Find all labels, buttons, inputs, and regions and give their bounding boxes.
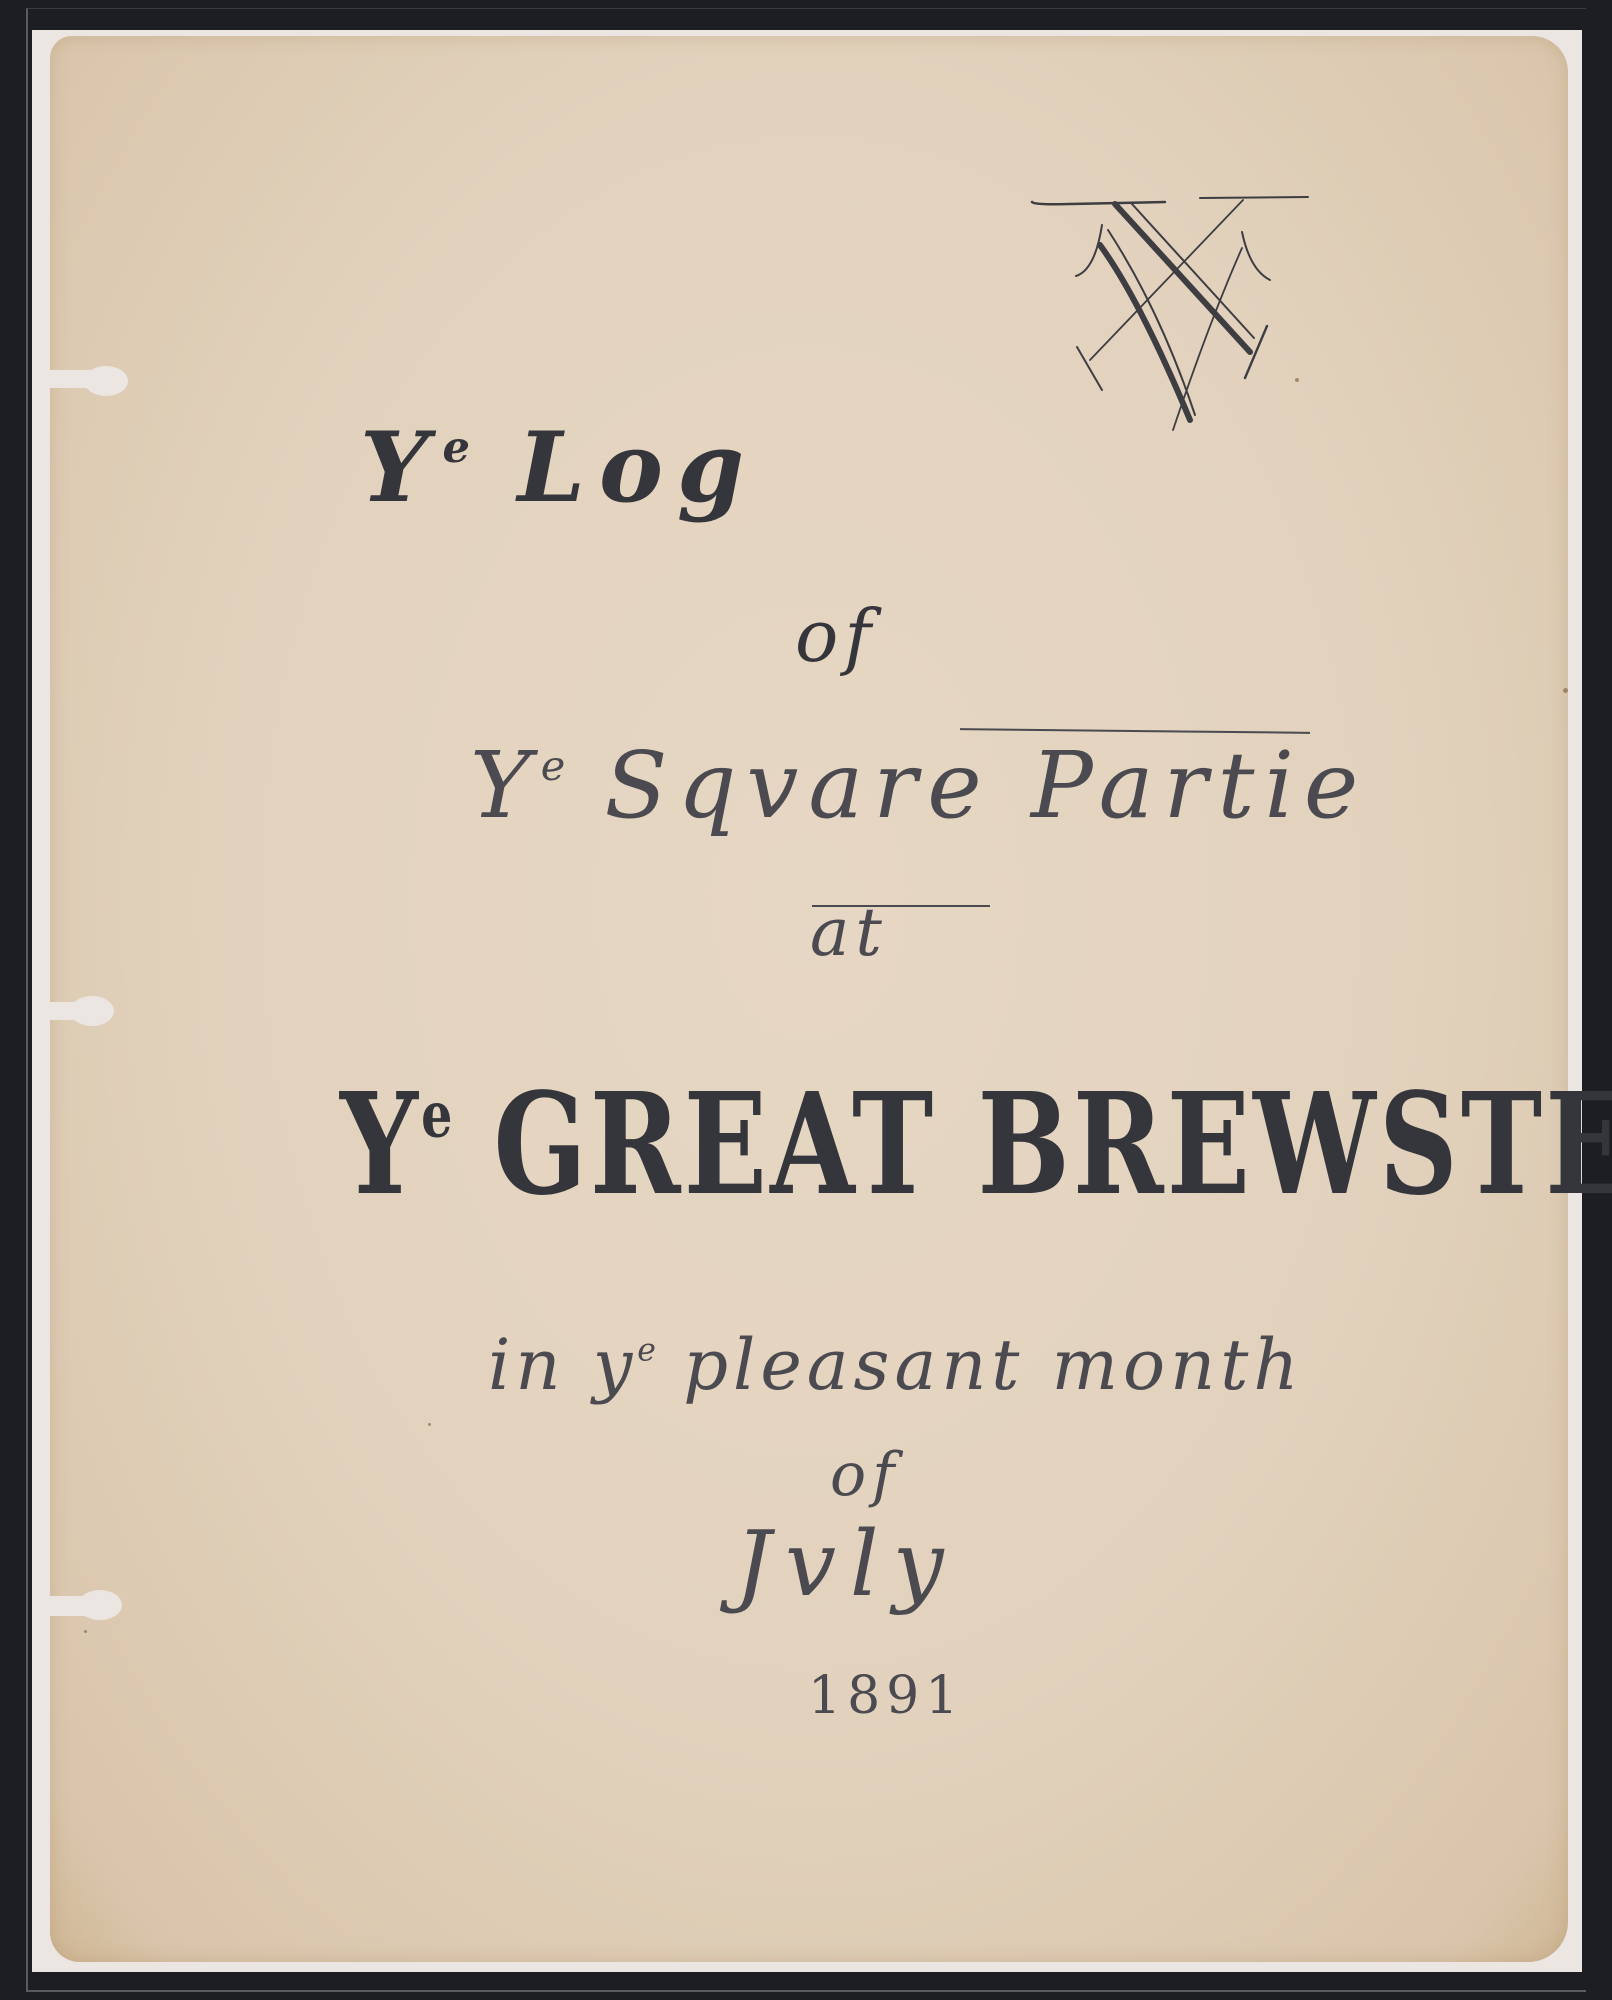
title-line-of-2: of [830, 1445, 900, 1505]
title-line-of-1: of [795, 600, 877, 672]
title-line-square-partie: Ye Sqvare Partie [470, 740, 1368, 832]
line-text: GREAT BREWSTER [452, 1063, 1612, 1227]
line-text: of [830, 1440, 900, 1510]
paper-speck [84, 1630, 87, 1633]
title-line-year: 1891 [808, 1670, 964, 1722]
title-line-ye-log: Ye Log [360, 420, 758, 516]
title-line-at: at [810, 900, 888, 966]
line-text: Y [470, 732, 541, 839]
superscript-e: e [443, 422, 470, 473]
line-text: of [795, 594, 877, 678]
line-text: in y [488, 1324, 637, 1406]
paper-speck [428, 1423, 431, 1426]
monogram-v-icon [1010, 170, 1310, 440]
title-line-great-brewster: Ye GREAT BREWSTER [340, 1075, 1612, 1215]
at-crossbar [812, 905, 990, 907]
line-text: Jvly [735, 1512, 958, 1617]
line-text: pleasant month [656, 1324, 1304, 1406]
line-text: Sqvare Partie [565, 732, 1368, 839]
line-text: Log [470, 411, 758, 524]
title-line-pleasant-month: in ye pleasant month [488, 1330, 1303, 1400]
line-text: 1891 [808, 1666, 964, 1726]
line-text: Y [360, 411, 443, 524]
superscript-e: e [637, 1333, 656, 1369]
paper-speck [1295, 378, 1299, 382]
superscript-e: e [541, 742, 566, 790]
superscript-e: e [421, 1077, 452, 1151]
title-line-july: Jvly [735, 1520, 958, 1610]
line-text: Y [340, 1063, 421, 1227]
paper-speck [1563, 688, 1568, 693]
